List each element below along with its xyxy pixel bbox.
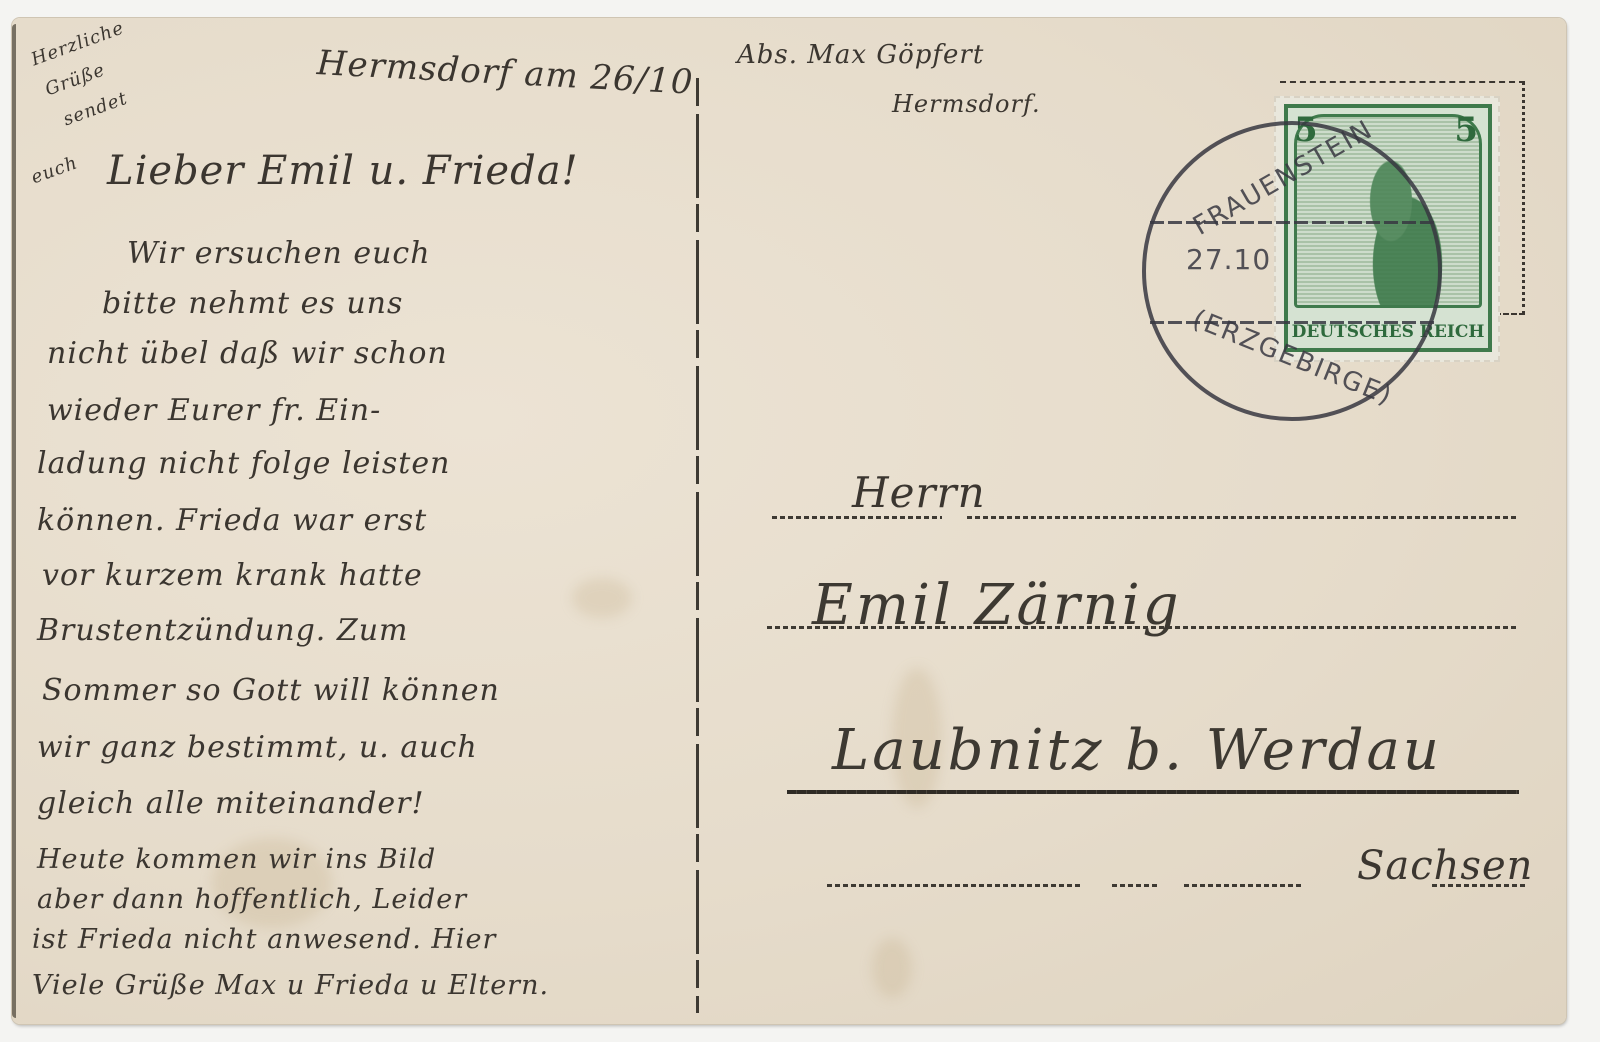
address-line <box>1432 884 1527 887</box>
postmark-date: 27.10 <box>1186 243 1271 276</box>
address-region: Sachsen <box>1357 843 1533 889</box>
postcard: Herzliche Grüße sendet euch Hermsdorf am… <box>12 18 1566 1024</box>
stain <box>872 938 912 998</box>
address-line <box>967 516 1517 519</box>
address-salutation: Herrn <box>852 468 986 517</box>
sender-name: Abs. Max Göpfert <box>737 40 984 70</box>
letter-line: Sommer so Gott will können <box>42 673 500 708</box>
letter-salutation: Lieber Emil u. Frieda! <box>107 148 579 194</box>
postmark-band <box>1150 221 1434 224</box>
sender-town: Hermsdorf. <box>892 90 1041 118</box>
center-divider <box>696 78 699 1013</box>
address-line <box>787 790 1519 794</box>
letter-line: Viele Grüße Max u Frieda u Eltern. <box>32 970 549 1001</box>
letter-line: wir ganz bestimmt, u. auch <box>37 730 478 765</box>
letter-line: gleich alle miteinander! <box>37 786 425 821</box>
address-line <box>1184 884 1304 887</box>
address-line <box>767 626 1517 629</box>
stamp-value-right: 5 <box>1454 110 1478 150</box>
letter-line: ladung nicht folge leisten <box>37 446 450 481</box>
stain <box>572 578 632 618</box>
letter-line: wieder Eurer fr. Ein- <box>47 393 381 428</box>
letter-line: aber dann hoffentlich, Leider <box>37 884 467 915</box>
letter-line: können. Frieda war erst <box>37 503 427 538</box>
letter-line: Brustentzündung. Zum <box>37 613 408 648</box>
margin-note-line: euch <box>28 152 80 188</box>
margin-note-line: sendet <box>60 88 130 131</box>
address-line <box>827 884 1082 887</box>
margin-note-line: Herzliche <box>28 17 127 70</box>
letter-place-date: Hermsdorf am 26/10 <box>316 43 694 103</box>
address-town: Laubnitz b. Werdau <box>832 718 1442 783</box>
margin-note-line: Grüße <box>42 59 108 100</box>
postmark: FRAUENSTEIN 27.10 (ERZGEBIRGE) <box>1142 121 1442 421</box>
letter-line: Wir ersuchen euch <box>127 236 431 271</box>
address-line <box>772 516 942 519</box>
letter-line: Heute kommen wir ins Bild <box>37 844 436 875</box>
letter-line: ist Frieda nicht anwesend. Hier <box>32 924 496 955</box>
letter-line: vor kurzem krank hatte <box>42 558 423 593</box>
letter-line: nicht übel daß wir schon <box>47 336 448 371</box>
address-line <box>1112 884 1157 887</box>
letter-line: bitte nehmt es uns <box>102 286 403 321</box>
